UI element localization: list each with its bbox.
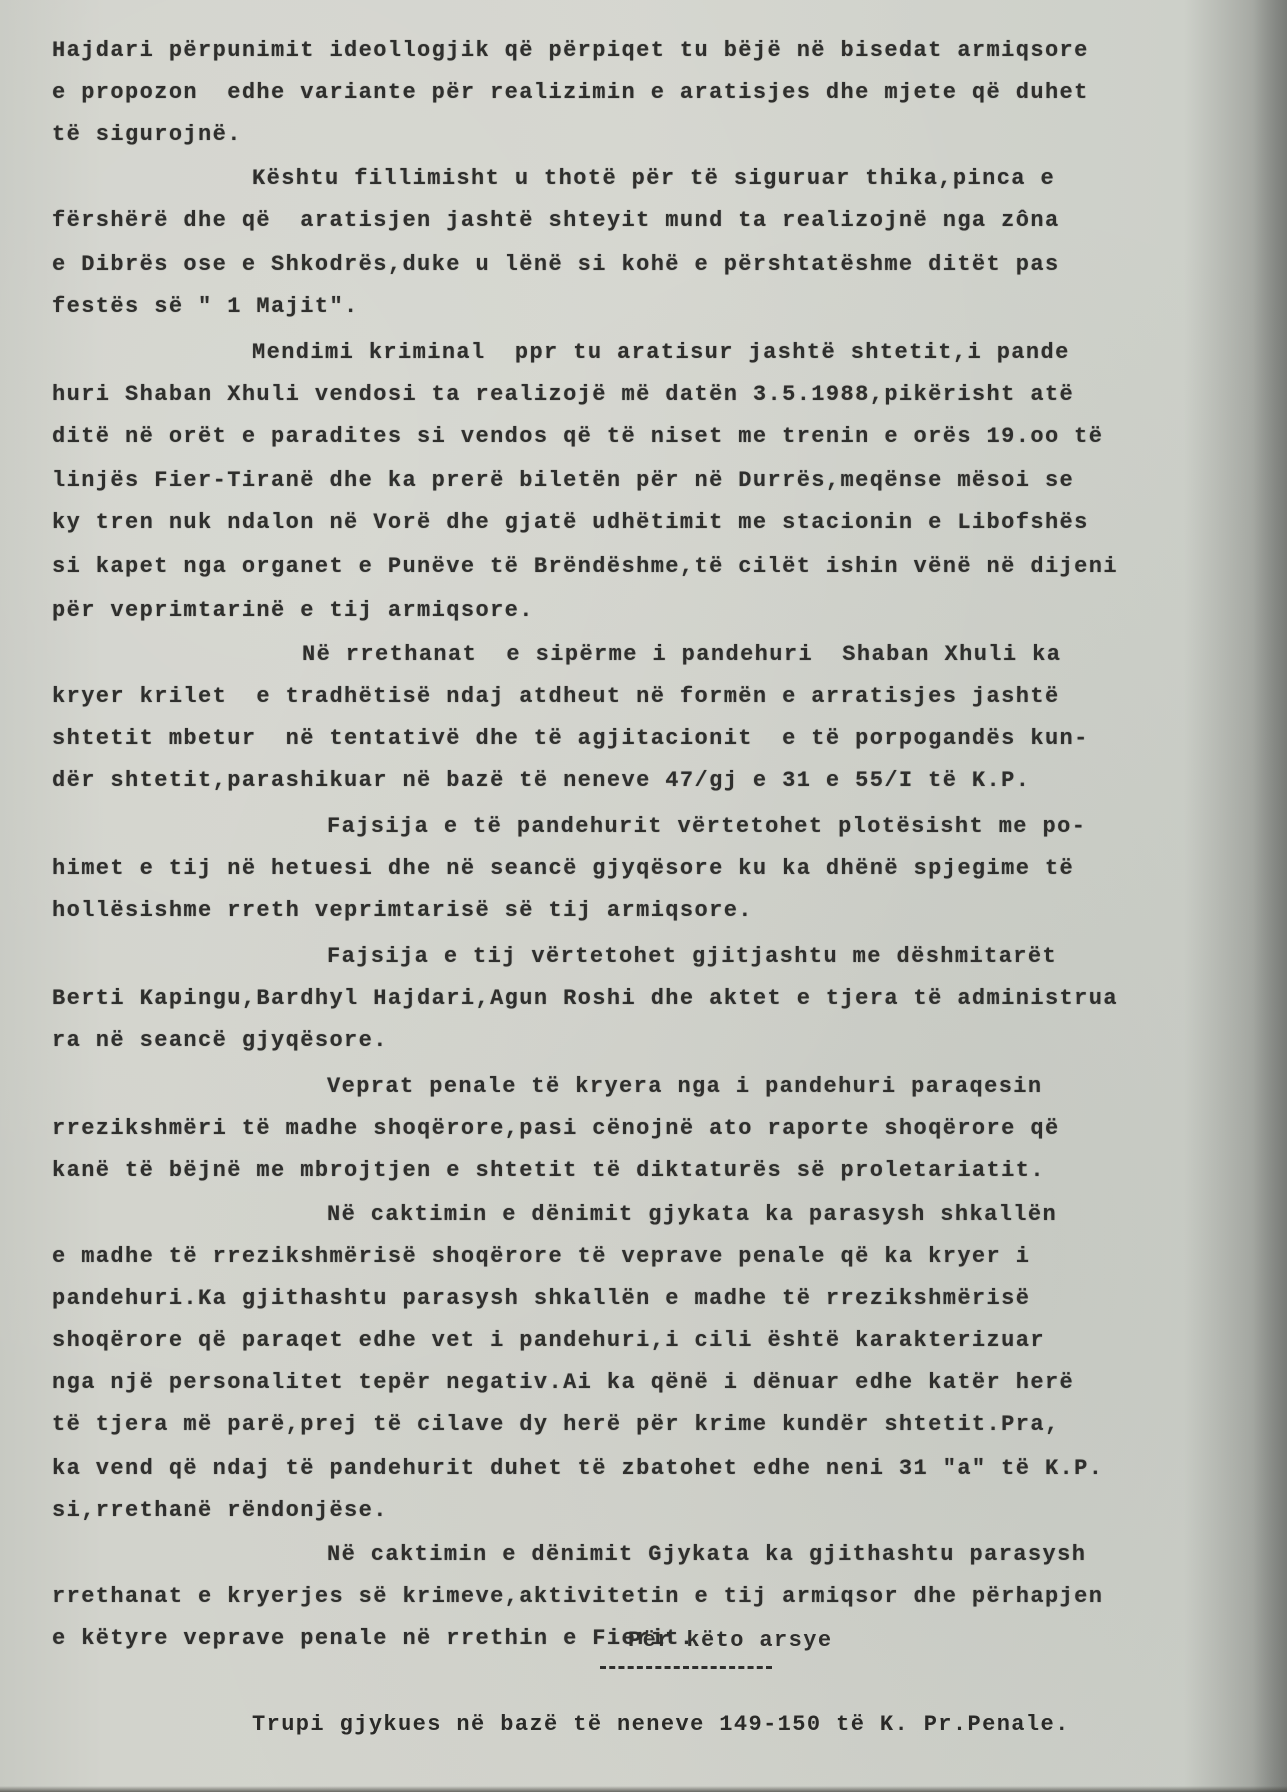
- text-line: hollësishme rreth veprimtarisë së tij ar…: [52, 900, 753, 922]
- text-line: Veprat penale të kryera nga i pandehuri …: [327, 1076, 1043, 1098]
- heading-underline: [600, 1666, 772, 1669]
- text-line: linjës Fier-Tiranë dhe ka prerë biletën …: [52, 470, 1074, 492]
- text-line: ra në seancë gjyqësore.: [52, 1030, 388, 1052]
- text-line: për veprimtarinë e tij armiqsore.: [52, 600, 534, 622]
- text-line: pandehuri.Ka gjithashtu parasysh shkallë…: [52, 1288, 1030, 1310]
- text-line: e madhe të rrezikshmërisë shoqërore të v…: [52, 1246, 1030, 1268]
- text-line: ka vend që ndaj të pandehurit duhet të z…: [52, 1458, 1103, 1480]
- text-line: Mendimi kriminal ppr tu aratisur jashtë …: [252, 342, 1070, 364]
- text-line: Fajsija e të pandehurit vërtetohet plotë…: [327, 816, 1086, 838]
- text-line: kanë të bëjnë me mbrojtjen e shtetit të …: [52, 1160, 1045, 1182]
- text-line: kryer krilet e tradhëtisë ndaj atdheut n…: [52, 686, 1060, 708]
- text-line: Në rrethanat e sipërme i pandehuri Shaba…: [302, 644, 1061, 666]
- text-line: ky tren nuk ndalon në Vorë dhe gjatë udh…: [52, 512, 1089, 534]
- text-line: të sigurojnë.: [52, 124, 242, 146]
- text-line: Fajsija e tij vërtetohet gjitjashtu me d…: [327, 946, 1057, 968]
- text-line: Në caktimin e dënimit Gjykata ka gjithas…: [327, 1544, 1086, 1566]
- text-line: Berti Kapingu,Bardhyl Hajdari,Agun Roshi…: [52, 988, 1118, 1010]
- text-line: shtetit mbetur në tentativë dhe të agjit…: [52, 728, 1089, 750]
- text-line: rrethanat e kryerjes së krimeve,aktivite…: [52, 1586, 1103, 1608]
- section-heading: Për këto arsye: [628, 1630, 832, 1652]
- text-line: himet e tij në hetuesi dhe në seancë gjy…: [52, 858, 1074, 880]
- closing-line: Trupi gjykues në bazë të neneve 149-150 …: [252, 1714, 1070, 1736]
- text-line: si kapet nga organet e Punëve të Brëndës…: [52, 556, 1118, 578]
- text-line: e Dibrës ose e Shkodrës,duke u lënë si k…: [52, 254, 1060, 276]
- text-line: Në caktimin e dënimit gjykata ka parasys…: [327, 1204, 1057, 1226]
- text-line: ditë në orët e paradites si vendos që të…: [52, 426, 1103, 448]
- text-line: rrezikshmëri të madhe shoqërore,pasi cën…: [52, 1118, 1060, 1140]
- text-line: dër shtetit,parashikuar në bazë të nenev…: [52, 770, 1030, 792]
- text-line: huri Shaban Xhuli vendosi ta realizojë m…: [52, 384, 1074, 406]
- text-line: Hajdari përpunimit ideollogjik që përpiq…: [52, 40, 1089, 62]
- text-line: festës së " 1 Majit".: [52, 296, 359, 318]
- text-line: e këtyre veprave penale në rrethin e Fie…: [52, 1628, 695, 1650]
- text-line: shoqërore që paraqet edhe vet i pandehur…: [52, 1330, 1045, 1352]
- text-line: fërshërë dhe që aratisjen jashtë shteyit…: [52, 210, 1060, 232]
- text-line: si,rrethanë rëndonjëse.: [52, 1500, 388, 1522]
- text-line: e propozon edhe variante për realizimin …: [52, 82, 1089, 104]
- text-line: nga një personalitet tepër negativ.Ai ka…: [52, 1372, 1074, 1394]
- text-line: të tjera më parë,prej të cilave dy herë …: [52, 1414, 1060, 1436]
- document-page: Hajdari përpunimit ideollogjik që përpiq…: [0, 0, 1287, 1792]
- text-line: Kështu fillimisht u thotë për të sigurua…: [252, 168, 1055, 190]
